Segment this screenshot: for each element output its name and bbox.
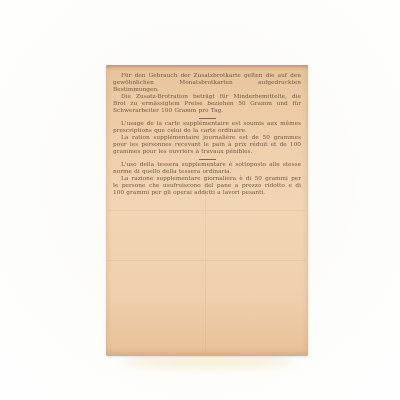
- italian-paragraph-1: L'uso della tessera supplementare è sott…: [113, 162, 301, 176]
- faint-fold-line-horizontal-1: [108, 210, 306, 211]
- faint-fold-line-vertical: [205, 175, 206, 352]
- ration-card-back: Für den Gebrauch der Zusatzbrotkarte gel…: [106, 65, 308, 356]
- italian-paragraph-2: La razione supplementare giornaliera è d…: [113, 176, 301, 197]
- photo-background: Für den Gebrauch der Zusatzbrotkarte gel…: [0, 0, 400, 400]
- french-paragraph-1: L'usage de la carte supplémentaire est s…: [113, 121, 301, 135]
- section-divider-rule-2: [199, 159, 216, 160]
- faint-fold-line-horizontal-2: [108, 260, 306, 261]
- section-divider-rule-1: [199, 118, 216, 119]
- printed-text-block: Für den Gebrauch der Zusatzbrotkarte gel…: [113, 73, 301, 197]
- german-paragraph-1: Für den Gebrauch der Zusatzbrotkarte gel…: [113, 73, 301, 94]
- french-paragraph-2: La ration supplémentaire journalière est…: [113, 135, 301, 156]
- card-top-edge: [106, 65, 308, 68]
- card-shadow: [122, 356, 294, 367]
- german-paragraph-2: Die Zusatz-Brotration beträgt für Minder…: [113, 94, 301, 115]
